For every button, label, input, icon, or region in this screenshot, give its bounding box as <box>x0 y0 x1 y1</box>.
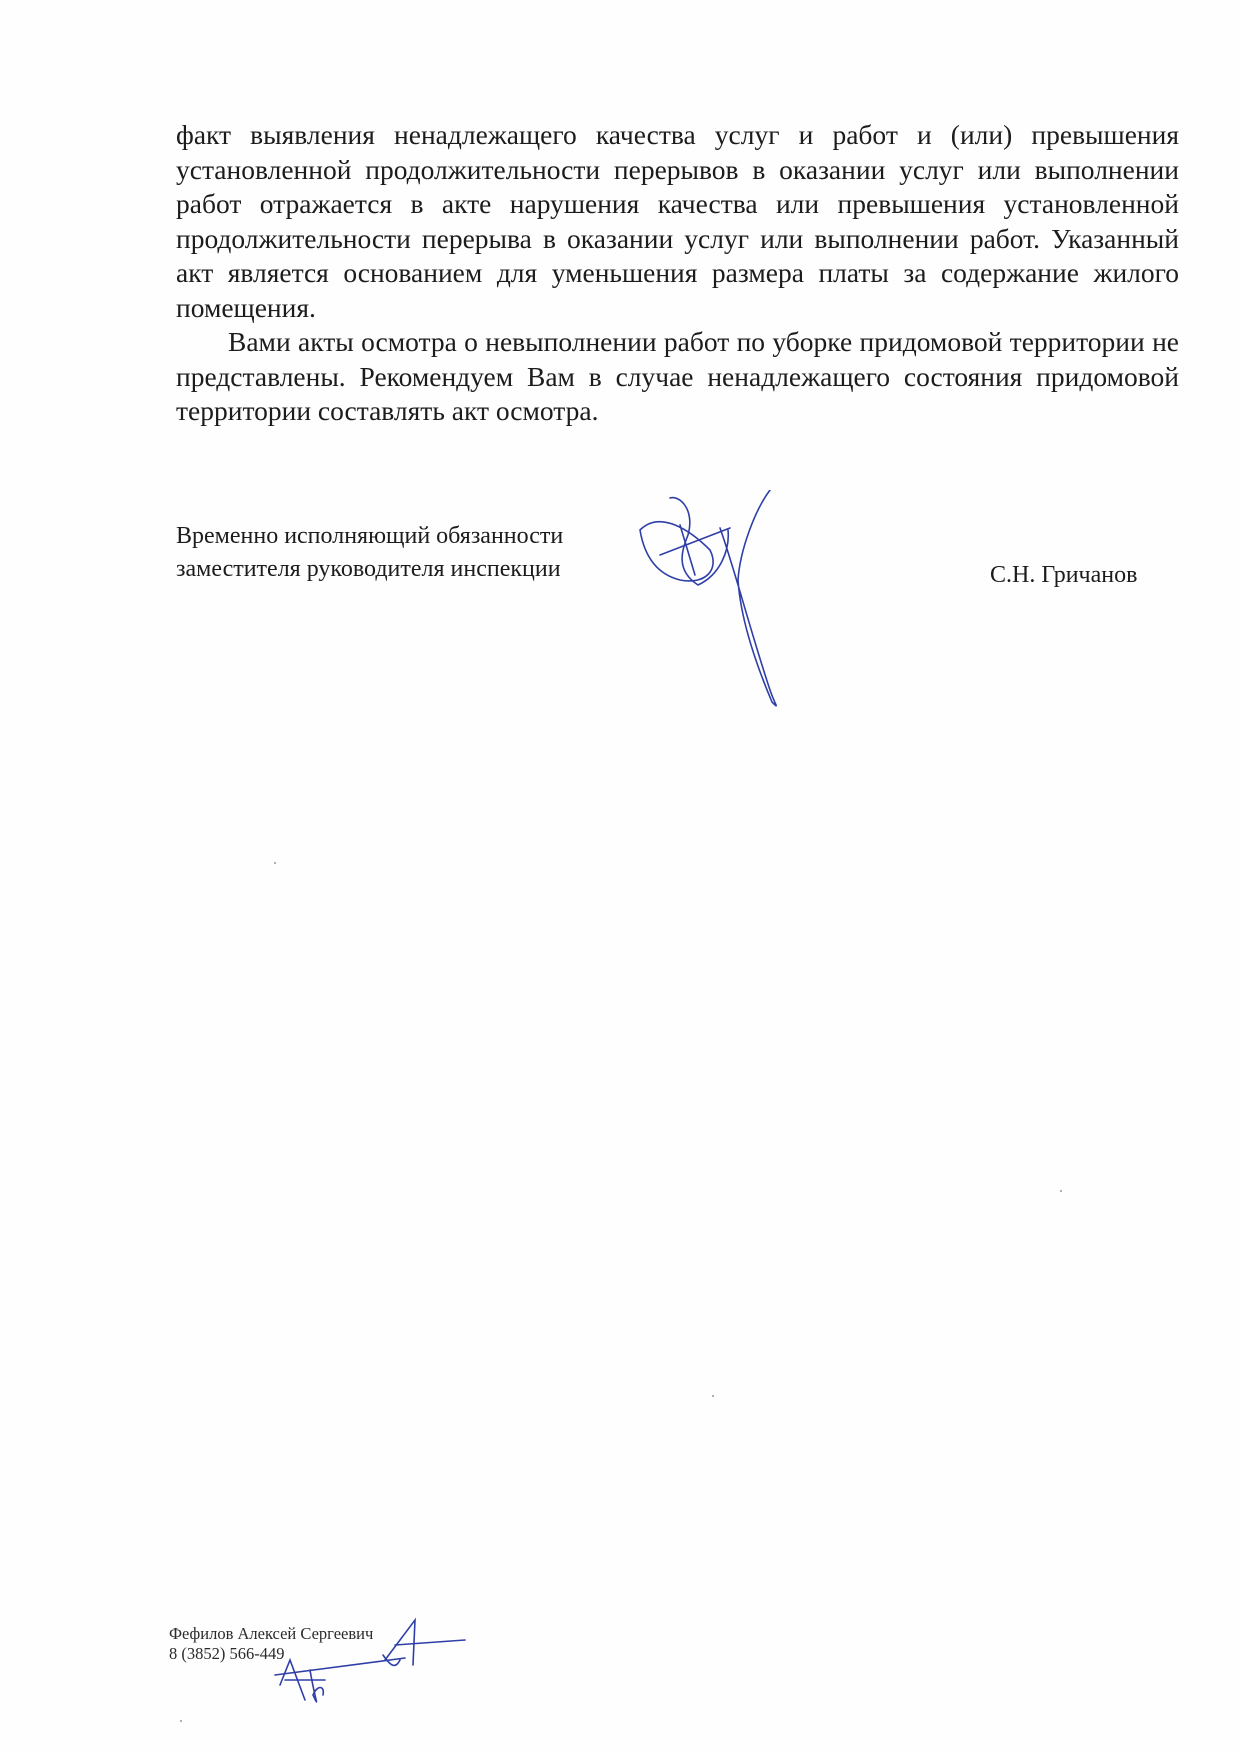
paragraph-recommendation: Вами акты осмотра о невыполнении работ п… <box>176 325 1179 429</box>
letter-body: факт выявления ненадлежащего качества ус… <box>176 118 1179 429</box>
scan-speck <box>180 1720 182 1722</box>
scan-speck <box>712 1395 714 1397</box>
signatory-name: С.Н. Гричанов <box>990 562 1137 589</box>
signatory-title-line1: Временно исполняющий обязанности <box>176 520 563 553</box>
scan-speck <box>274 862 276 864</box>
signatory-title-line2: заместителя руководителя инспекции <box>176 553 563 586</box>
initials-marks-icon <box>265 1600 525 1720</box>
handwritten-signature-icon <box>620 490 860 730</box>
signatory-title: Временно исполняющий обязанности замести… <box>176 520 563 586</box>
paragraph-quality-act: факт выявления ненадлежащего качества ус… <box>176 118 1179 325</box>
scan-speck <box>1060 1190 1062 1192</box>
document-page: факт выявления ненадлежащего качества ус… <box>0 0 1240 1754</box>
